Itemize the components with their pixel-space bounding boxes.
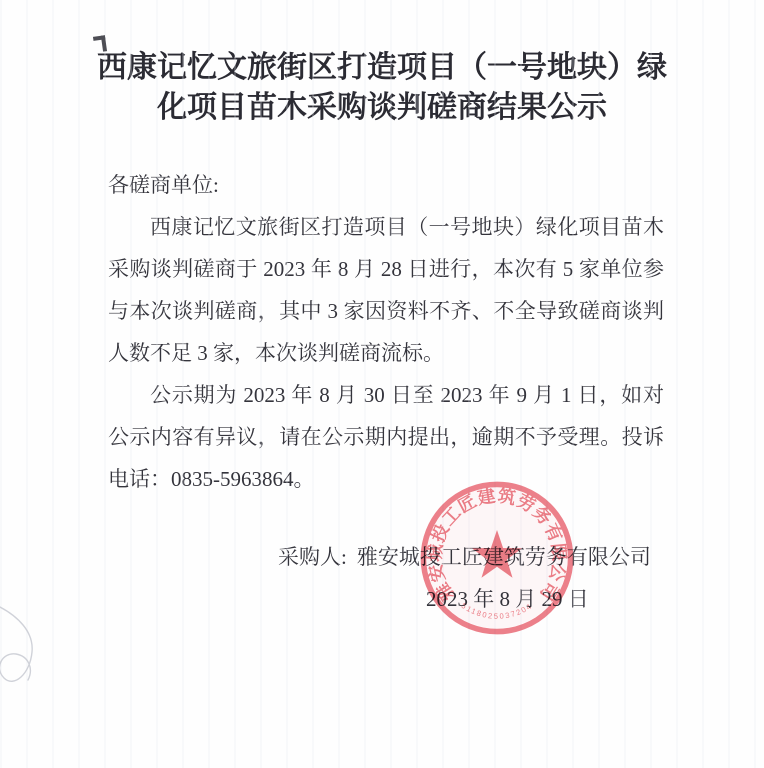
date-line: 2023 年 8 月 29 日: [108, 578, 664, 620]
salutation-line: 各磋商单位:: [108, 164, 664, 206]
company-seal: 雅安城投工匠建筑劳务有限公司 5118025037204: [417, 478, 577, 638]
title-line-1: 西康记忆文旅街区打造项目（一号地块）绿: [0, 48, 764, 88]
purchaser-label: 采购人:: [278, 545, 347, 569]
signature-block: 采购人:雅安城投工匠建筑劳务有限公司 2023 年 8 月 29 日: [108, 536, 664, 620]
scan-squiggle-artifact: [0, 592, 68, 702]
paragraph-negotiation-result: 西康记忆文旅街区打造项目（一号地块）绿化项目苗木采购谈判磋商于 2023 年 8…: [108, 206, 664, 374]
purchaser-line: 采购人:雅安城投工匠建筑劳务有限公司: [108, 536, 664, 578]
scanned-document-page: 西康记忆文旅街区打造项目（一号地块）绿 化项目苗木采购谈判磋商结果公示 各磋商单…: [0, 0, 764, 768]
document-body: 各磋商单位: 西康记忆文旅街区打造项目（一号地块）绿化项目苗木采购谈判磋商于 2…: [108, 164, 664, 500]
paragraph-publicity-period: 公示期为 2023 年 8 月 30 日至 2023 年 9 月 1 日，如对公…: [108, 374, 664, 500]
scan-artifact-mark: [93, 35, 107, 53]
document-title: 西康记忆文旅街区打造项目（一号地块）绿 化项目苗木采购谈判磋商结果公示: [0, 0, 764, 128]
title-line-2: 化项目苗木采购谈判磋商结果公示: [0, 88, 764, 128]
